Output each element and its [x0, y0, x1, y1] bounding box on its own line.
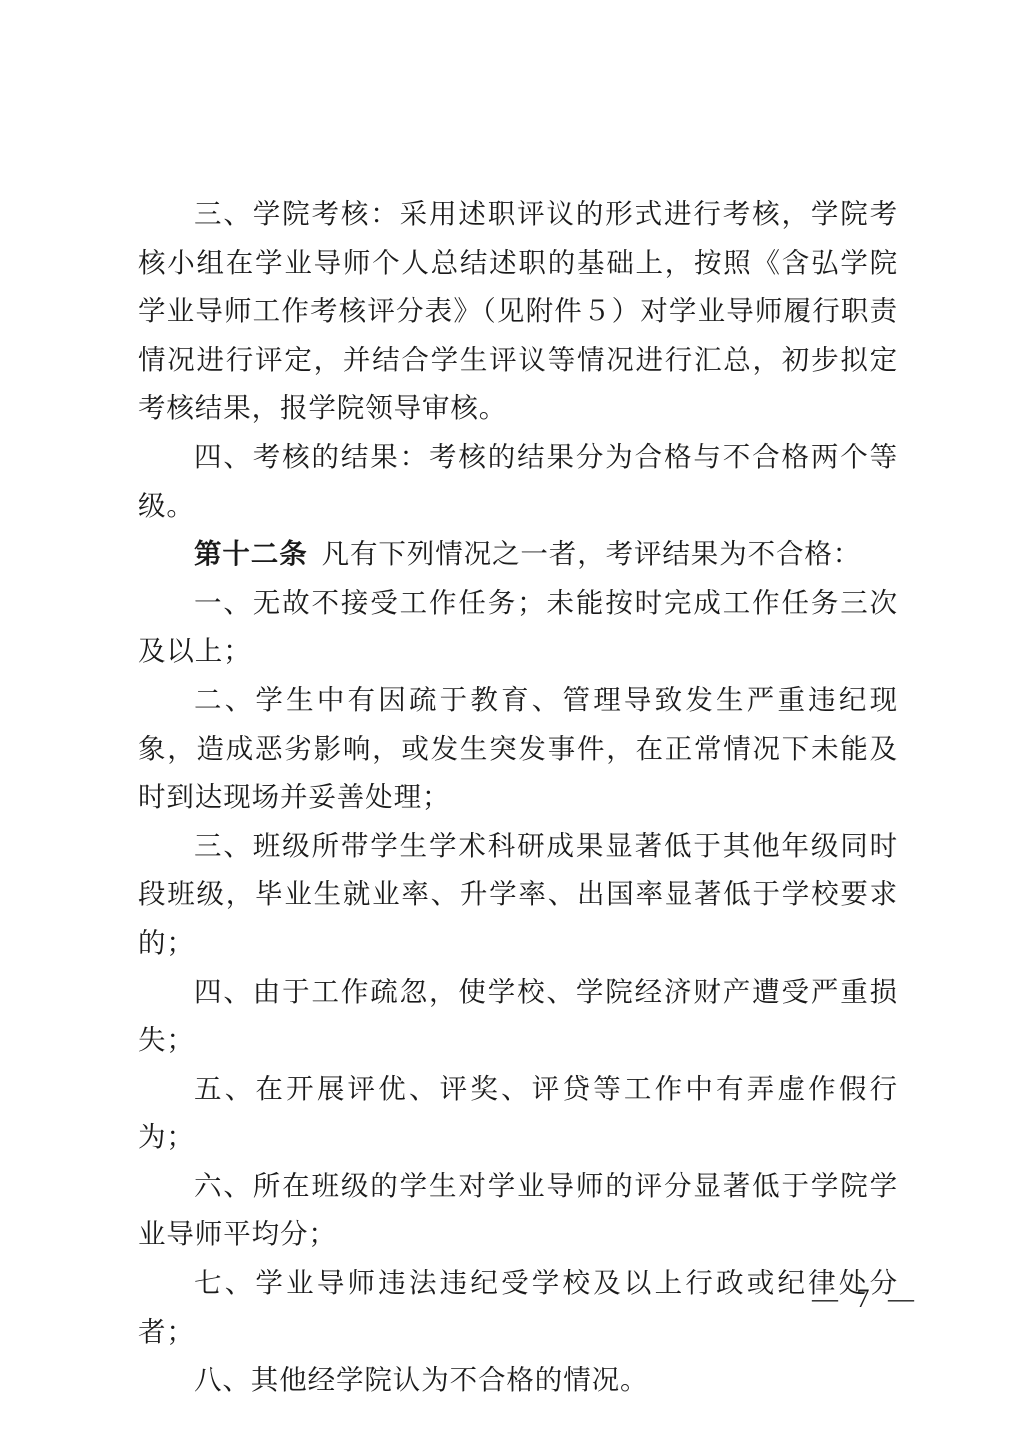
document-page: 三、学院考核：采用述职评议的形式进行考核，学院考核小组在学业导师个人总结述职的基…: [0, 0, 1024, 1447]
article-heading: 第十二条: [194, 538, 308, 570]
list-item-2: 二、学生中有因疏于教育、管理导致发生严重违纪现象，造成恶劣影响，或发生突发事件，…: [138, 676, 898, 822]
list-item-5: 五、在开展评优、评奖、评贷等工作中有弄虚作假行为；: [138, 1065, 898, 1162]
list-item-1: 一、无故不接受工作任务；未能按时完成工作任务三次及以上；: [138, 579, 898, 676]
list-item-7: 七、学业导师违法违纪受学校及以上行政或纪律处分者；: [138, 1259, 898, 1356]
paragraph-college-assessment: 三、学院考核：采用述职评议的形式进行考核，学院考核小组在学业导师个人总结述职的基…: [138, 190, 898, 433]
list-item-6: 六、所在班级的学生对学业导师的评分显著低于学院学业导师平均分；: [138, 1162, 898, 1259]
paragraph-assessment-result: 四、考核的结果：考核的结果分为合格与不合格两个等级。: [138, 433, 898, 530]
document-body: 三、学院考核：采用述职评议的形式进行考核，学院考核小组在学业导师个人总结述职的基…: [138, 190, 898, 1405]
list-item-3: 三、班级所带学生学术科研成果显著低于其他年级同时段班级，毕业生就业率、升学率、出…: [138, 822, 898, 968]
page-number: — 7 —: [812, 1284, 920, 1314]
article-text: 凡有下列情况之一者，考评结果为不合格：: [322, 538, 862, 570]
list-item-4: 四、由于工作疏忽，使学校、学院经济财产遭受严重损失；: [138, 968, 898, 1065]
list-item-8: 八、其他经学院认为不合格的情况。: [138, 1356, 898, 1405]
paragraph-article-12: 第十二条凡有下列情况之一者，考评结果为不合格：: [138, 530, 898, 579]
